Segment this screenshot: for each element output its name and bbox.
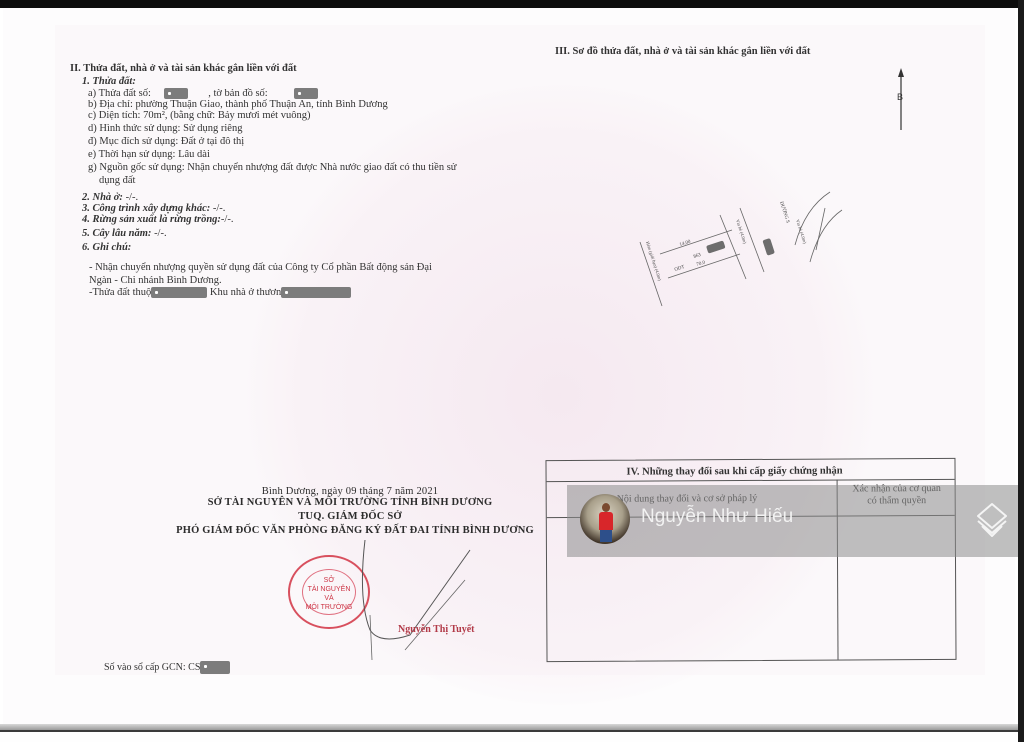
stamp-text-3: MÔI TRƯỜNG (303, 603, 355, 612)
parcel-diagram: 14.00 ODT 70.0 863 ĐƯỜNG S Vỉa hè (4.0m)… (620, 180, 860, 330)
parcel-number-label: a) Thửa đất số: (88, 88, 151, 99)
redacted-registry-number (200, 661, 230, 674)
perennial-line: 5. Cây lâu năm: -/-. (82, 228, 167, 240)
note-2-middle: Khu nhà ở thươn (207, 287, 281, 298)
usage-term-line: e) Thời hạn sử dụng: Lâu dài (88, 149, 210, 161)
registry-number: Số vào sổ cấp GCN: CS (104, 661, 230, 674)
house-label: 2. Nhà ở: (82, 192, 123, 203)
section-iii-title: III. Sơ đồ thửa đất, nhà ở và tài sản kh… (555, 46, 810, 58)
user-avatar[interactable] (580, 494, 630, 544)
redacted-map-sheet (294, 88, 318, 99)
avatar-legs (600, 530, 612, 542)
section-iv-title: IV. Những thay đổi sau khi cấp giấy chứn… (627, 466, 843, 479)
stamp-inner: SỞ TÀI NGUYÊN VÀ MÔI TRƯỜNG (302, 569, 356, 615)
redacted-note-a (151, 287, 207, 298)
parcel-heading: 1. Thửa đất: (82, 76, 136, 88)
redacted-note-b (281, 287, 351, 298)
other-construction-label: 3. Công trình xây dựng khác: (82, 203, 210, 214)
area-line: c) Diện tích: 70m², (bằng chữ: Bảy mươi … (88, 110, 310, 122)
signer-name: Nguyễn Thị Tuyết (398, 624, 475, 635)
stamp-text-1: SỞ (303, 576, 355, 585)
uploader-watermark-bar (567, 485, 1024, 557)
north-arrow-icon: B (893, 68, 909, 132)
forest-label: 4. Rừng sản xuất là rừng trồng: (82, 214, 221, 225)
usage-form-line: d) Hình thức sử dụng: Sử dụng riêng (88, 123, 242, 135)
svg-text:ĐƯỜNG S: ĐƯỜNG S (778, 201, 791, 224)
redacted-parcel-number (164, 88, 188, 99)
avatar-shirt (599, 512, 613, 530)
svg-text:Vỉa hè (4.0m): Vỉa hè (4.0m) (795, 219, 808, 245)
forest-line: 4. Rừng sản xuất là rừng trồng:-/-. (82, 214, 233, 226)
registry-label: Số vào sổ cấp GCN: CS (104, 662, 200, 673)
deputy-director-line: PHÓ GIÁM ĐỐC VĂN PHÒNG ĐĂNG KÝ ĐẤT ĐAI T… (170, 525, 540, 536)
svg-text:14.00: 14.00 (679, 240, 692, 248)
note-2: -Thửa đất thuộ Khu nhà ở thươn (89, 287, 351, 299)
authority-line: TUQ. GIÁM ĐỐC SỞ (150, 511, 550, 522)
svg-text:B: B (897, 92, 903, 102)
svg-text:863: 863 (693, 253, 702, 260)
house-value: -/-. (123, 192, 138, 203)
perennial-label: 5. Cây lâu năm: (82, 228, 151, 239)
origin-line-1: g) Nguồn gốc sử dụng: Nhận chuyển nhượng… (88, 162, 457, 174)
section-ii-title: II. Thửa đất, nhà ở và tài sản khác gắn … (70, 63, 297, 75)
perennial-value: -/-. (151, 228, 166, 239)
table-divider (547, 479, 955, 482)
other-construction-value: -/-. (210, 203, 225, 214)
notes-heading: 6. Ghi chú: (82, 242, 131, 254)
issuing-org: SỞ TÀI NGUYÊN VÀ MÔI TRƯỜNG TỈNH BÌNH DƯ… (150, 497, 550, 508)
svg-text:Hẻm (giới hạn) (4.0m): Hẻm (giới hạn) (4.0m) (645, 241, 663, 282)
svg-text:ODT: ODT (674, 265, 685, 273)
next-page-edge (0, 732, 1018, 742)
uploader-name[interactable]: Nguyễn Như Hiếu (641, 506, 793, 528)
usage-purpose-line: đ) Mục đích sử dụng: Đất ở tại đô thị (88, 136, 244, 148)
stacked-layers-logo-icon (972, 500, 1012, 540)
origin-line-2: dụng đất (99, 175, 135, 187)
note-1a: - Nhận chuyển nhượng quyền sử dụng đất c… (89, 262, 432, 274)
stamp-text-2: TÀI NGUYÊN VÀ (303, 585, 355, 603)
top-border (0, 0, 1024, 8)
date-line: Bình Dương, ngày 09 tháng 7 năm 2021 (150, 486, 550, 497)
note-1b: Ngàn - Chi nhánh Bình Dương. (89, 275, 222, 287)
handwritten-signature (350, 540, 480, 660)
map-sheet-label: , tờ bản đồ số: (208, 88, 268, 99)
avatar-head (602, 503, 610, 512)
note-2-prefix: -Thửa đất thuộ (89, 287, 151, 298)
forest-value: -/-. (221, 214, 234, 225)
scrollbar-edge[interactable] (1018, 0, 1024, 742)
